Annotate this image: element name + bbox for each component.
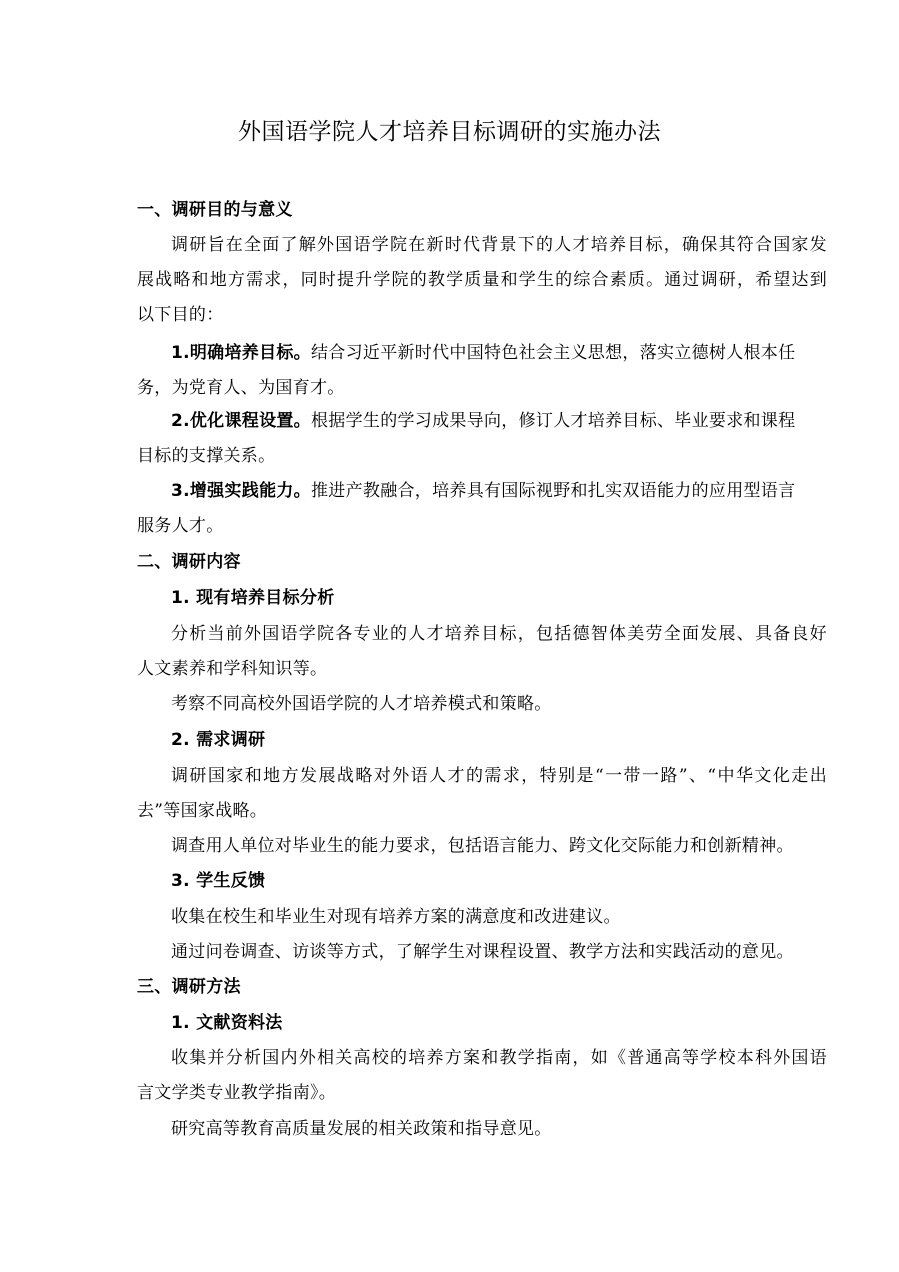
goal-text: 推进产教融合，培养具有国际视野和扎实双语能力的应用型语言 bbox=[311, 481, 795, 501]
goal-label: 3.增强实践能力。 bbox=[171, 481, 311, 501]
subsection-heading: 1. 文献资料法 bbox=[171, 1011, 827, 1035]
paragraph-line: 服务人才。 bbox=[137, 514, 827, 538]
paragraph-line: 言文学类专业教学指南》。 bbox=[137, 1081, 827, 1105]
paragraph-line: 务，为党育人、为国育才。 bbox=[137, 376, 827, 400]
paragraph-line: 调研旨在全面了解外国语学院在新时代背景下的人才培养目标，确保其符合国家发 bbox=[171, 233, 827, 257]
section-heading-2: 二、调研内容 bbox=[137, 550, 827, 574]
subsection-heading: 1. 现有培养目标分析 bbox=[171, 586, 827, 610]
subsection-heading: 3. 学生反馈 bbox=[171, 869, 827, 893]
document-page: 外国语学院人才培养目标调研的实施办法 一、调研目的与意义 调研旨在全面了解外国语… bbox=[0, 0, 899, 1272]
paragraph-line: 分析当前外国语学院各专业的人才培养目标，包括德智体美劳全面发展、具备良好 bbox=[171, 622, 827, 646]
goal-label: 2.优化课程设置。 bbox=[171, 411, 311, 431]
paragraph-line: 考察不同高校外国语学院的人才培养模式和策略。 bbox=[171, 692, 827, 716]
goal-text: 根据学生的学习成果导向，修订人才培养目标、毕业要求和课程 bbox=[311, 411, 795, 431]
paragraph-line: 收集在校生和毕业生对现有培养方案的满意度和改进建议。 bbox=[171, 905, 827, 929]
goal-text: 结合习近平新时代中国特色社会主义思想，落实立德树人根本任 bbox=[311, 343, 795, 363]
goal-item-3: 3.增强实践能力。推进产教融合，培养具有国际视野和扎实双语能力的应用型语言 bbox=[171, 479, 827, 503]
paragraph-line: 以下目的： bbox=[137, 303, 827, 327]
paragraph-line: 去”等国家战略。 bbox=[137, 799, 827, 823]
goal-label: 1.明确培养目标。 bbox=[171, 343, 311, 363]
paragraph-line: 展战略和地方需求，同时提升学院的教学质量和学生的综合素质。通过调研，希望达到 bbox=[137, 268, 827, 292]
section-heading-1: 一、调研目的与意义 bbox=[137, 198, 827, 222]
paragraph-line: 调研国家和地方发展战略对外语人才的需求，特别是“一带一路”、“中华文化走出 bbox=[171, 764, 827, 788]
goal-item-2: 2.优化课程设置。根据学生的学习成果导向，修订人才培养目标、毕业要求和课程 bbox=[171, 409, 827, 433]
paragraph-line: 收集并分析国内外相关高校的培养方案和教学指南，如《普通高等学校本科外国语 bbox=[171, 1046, 827, 1070]
paragraph-line: 人文素养和学科知识等。 bbox=[137, 657, 827, 681]
goal-item-1: 1.明确培养目标。结合习近平新时代中国特色社会主义思想，落实立德树人根本任 bbox=[171, 341, 827, 365]
paragraph-line: 通过问卷调查、访谈等方式，了解学生对课程设置、教学方法和实践活动的意见。 bbox=[171, 940, 827, 964]
paragraph-line: 目标的支撑关系。 bbox=[137, 444, 827, 468]
subsection-heading: 2. 需求调研 bbox=[171, 728, 827, 752]
paragraph-line: 研究高等教育高质量发展的相关政策和指导意见。 bbox=[171, 1117, 827, 1141]
paragraph-line: 调查用人单位对毕业生的能力要求，包括语言能力、跨文化交际能力和创新精神。 bbox=[171, 834, 827, 858]
document-title: 外国语学院人才培养目标调研的实施办法 bbox=[0, 116, 899, 148]
section-heading-3: 三、调研方法 bbox=[137, 975, 827, 999]
